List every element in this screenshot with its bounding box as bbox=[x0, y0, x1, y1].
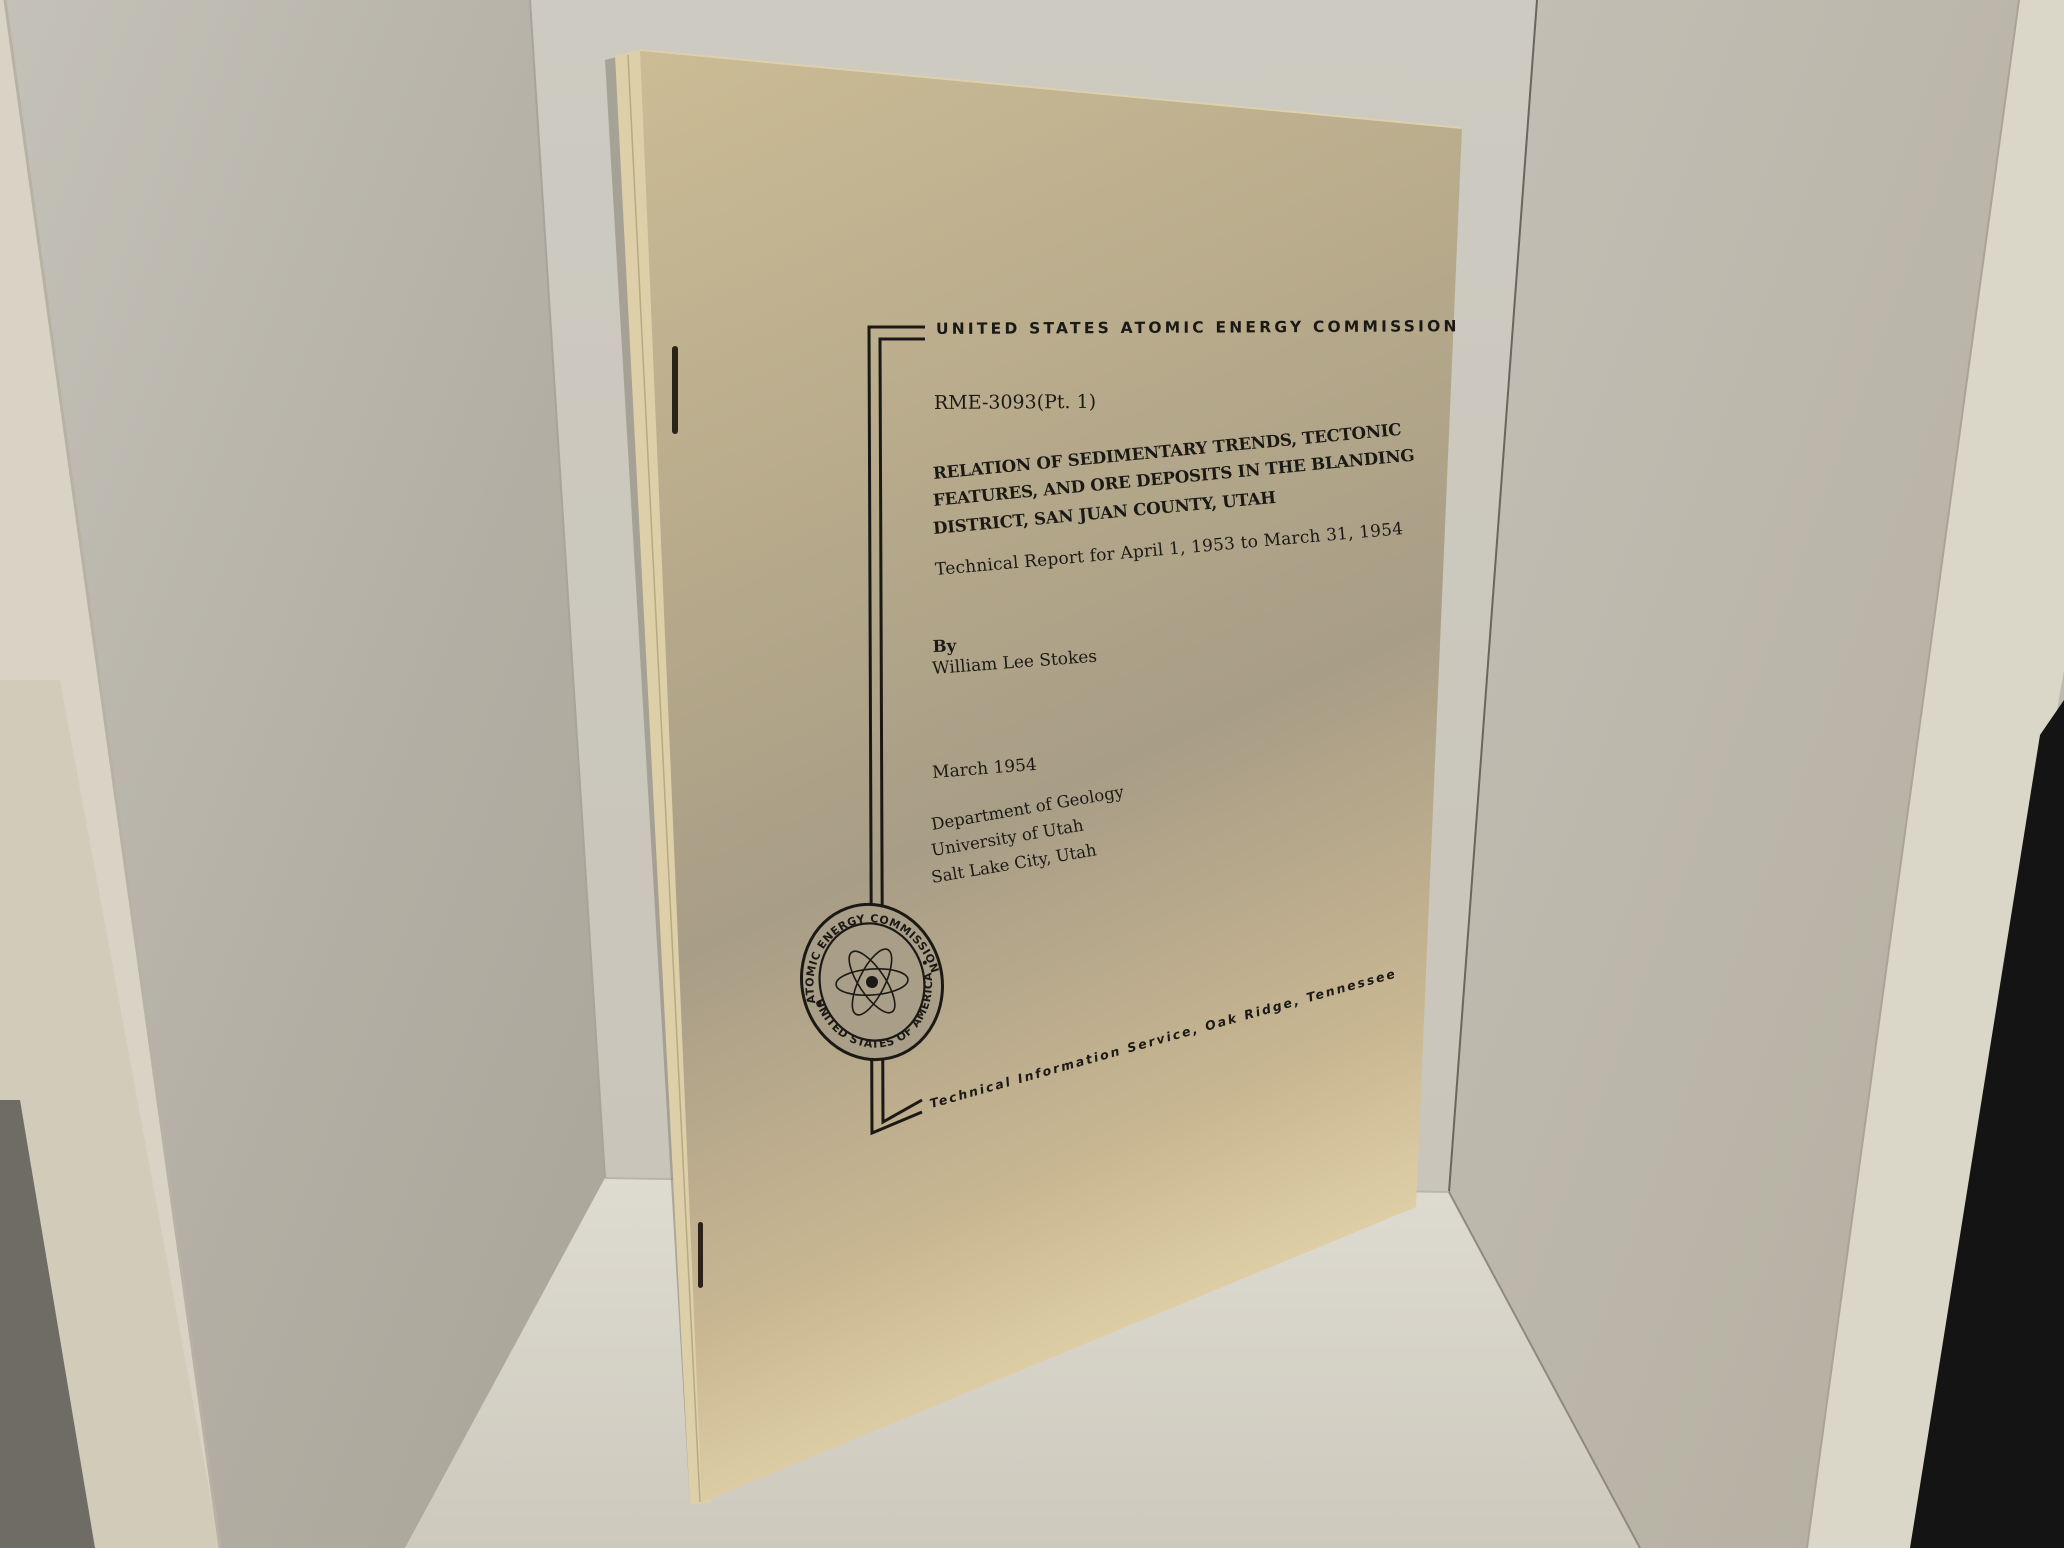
report-number: RME-3093(Pt. 1) bbox=[934, 391, 1096, 414]
staple-bottom bbox=[698, 1222, 703, 1288]
staple-top bbox=[672, 346, 678, 434]
agency-heading: UNITED STATES ATOMIC ENERGY COMMISSION bbox=[936, 317, 1460, 338]
photo-scene: ATOMIC ENERGY COMMISSION UNITED STATES O… bbox=[0, 0, 2064, 1548]
by-label: By bbox=[932, 636, 956, 656]
